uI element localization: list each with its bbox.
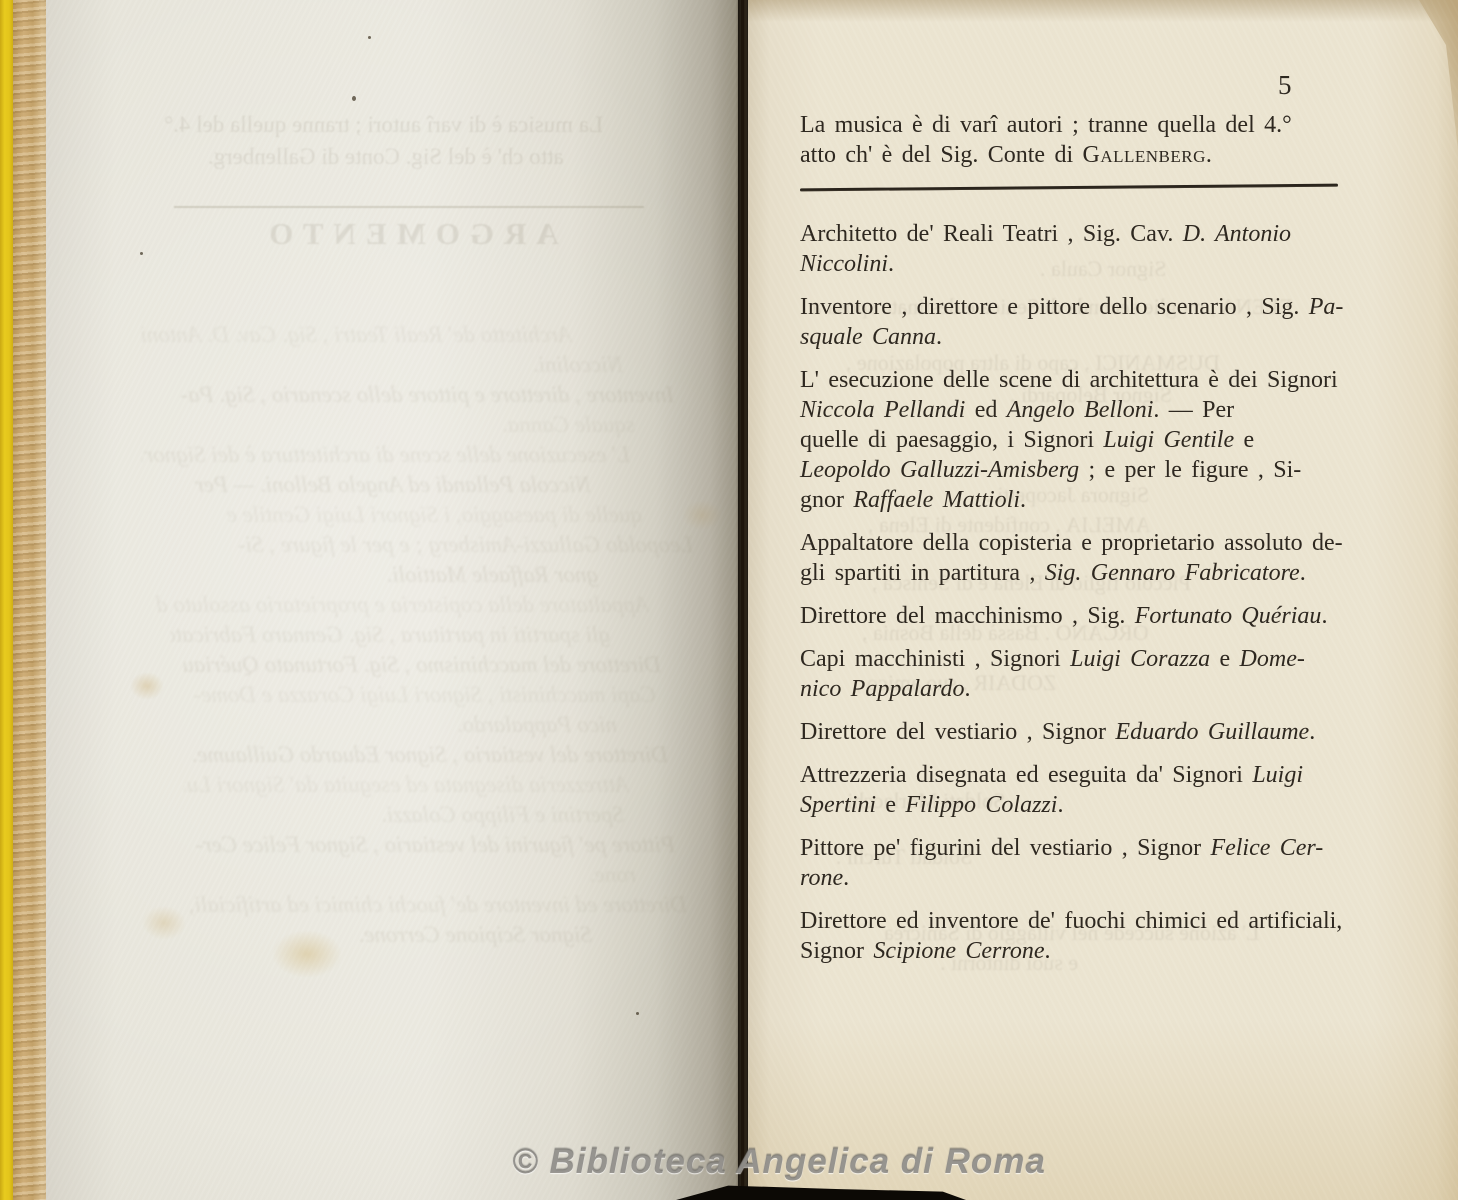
text-line: Leopoldo Galluzzi-Amisberg ; e per le fi…	[830, 455, 1360, 485]
text-segment: gnor	[800, 487, 853, 513]
text-segment: e	[1234, 427, 1254, 453]
text-segment: quelle di paesaggio, i Signori	[800, 427, 1103, 453]
text-line: Direttore del macchinismo , Sig. Fortuna…	[830, 601, 1360, 631]
paragraph: Direttore del macchinismo , Sig. Fortuna…	[800, 601, 1360, 631]
text-segment: La musica è di varî autori ; tranne quel…	[800, 112, 1292, 138]
text-segment: Gallenberg	[1082, 142, 1205, 168]
text-segment: Attrezzeria disegnata ed eseguita da' Si…	[800, 762, 1252, 788]
text-segment: atto ch' è del Sig. Conte di	[800, 142, 1082, 168]
text-segment: . — Per	[1153, 397, 1234, 423]
text-line: Attrezzeria disegnata ed eseguita da' Si…	[830, 760, 1360, 790]
text-segment: .	[1309, 719, 1315, 745]
page-text-column: La musica è di varî autori ; tranne quel…	[748, 0, 1396, 966]
paragraph: L' esecuzione delle scene di architettur…	[800, 365, 1360, 515]
text-segment: Sig. Gennaro Fabricatore	[1045, 560, 1300, 586]
text-segment: Dome-	[1240, 646, 1305, 672]
text-segment: .	[1321, 603, 1327, 629]
text-line: Spertini e Filippo Colazzi.	[830, 790, 1360, 820]
page-deckle-edge	[13, 0, 49, 1200]
text-segment: .	[964, 676, 970, 702]
paragraph: Direttore ed inventore de' fuochi chimic…	[800, 906, 1360, 966]
library-watermark: © Biblioteca Angelica di Roma	[512, 1142, 972, 1182]
text-segment: rone	[800, 865, 843, 891]
text-segment: Felice Cer-	[1210, 835, 1323, 861]
text-segment: Filippo Colazzi	[905, 792, 1057, 818]
text-segment: ed	[965, 397, 1006, 423]
text-line: Capi macchinisti , Signori Luigi Corazza…	[830, 644, 1360, 674]
paragraph: Appaltatore della copisteria e proprieta…	[800, 528, 1360, 588]
text-line: Niccola Pellandi ed Angelo Belloni. — Pe…	[830, 395, 1360, 425]
text-line: quelle di paesaggio, i Signori Luigi Gen…	[830, 425, 1360, 455]
text-segment: Direttore del macchinismo , Sig.	[800, 603, 1135, 629]
paragraph: La musica è di varî autori ; tranne quel…	[800, 110, 1360, 170]
paragraph: Attrezzeria disegnata ed eseguita da' Si…	[800, 760, 1360, 820]
text-segment: Luigi Corazza	[1070, 646, 1210, 672]
text-segment: Spertini	[800, 792, 876, 818]
text-segment: .	[936, 324, 942, 350]
text-line: gnor Raffaele Mattioli.	[830, 485, 1360, 515]
text-segment: e	[1210, 646, 1239, 672]
page-paragraphs: Architetto de' Reali Teatri , Sig. Cav. …	[800, 219, 1360, 966]
text-line: L' esecuzione delle scene di architettur…	[830, 365, 1360, 395]
ink-speck	[352, 96, 356, 101]
book-cover-edge	[0, 0, 13, 1200]
text-segment: Angelo Belloni	[1007, 397, 1154, 423]
text-line: gli spartiti in partitura , Sig. Gennaro…	[830, 558, 1360, 588]
text-line: squale Canna.	[830, 322, 1360, 352]
paragraph: Inventore , direttore e pittore dello sc…	[800, 292, 1360, 352]
text-line: atto ch' è del Sig. Conte di Gallenberg.	[830, 140, 1360, 170]
text-segment: Luigi Gentile	[1103, 427, 1234, 453]
text-segment: Pa-	[1309, 294, 1344, 320]
text-segment: Niccola Pellandi	[800, 397, 965, 423]
text-line: nico Pappalardo.	[830, 674, 1360, 704]
text-segment: D. Antonio	[1183, 221, 1291, 247]
text-segment: Direttore ed inventore de' fuochi chimic…	[800, 908, 1342, 934]
text-line: Architetto de' Reali Teatri , Sig. Cav. …	[830, 219, 1360, 249]
paragraph: Architetto de' Reali Teatri , Sig. Cav. …	[800, 219, 1360, 279]
open-book-scan: La musica è di varî autori ; tranne quel…	[0, 0, 1458, 1200]
text-line: Direttore del vestiario , Signor Eduardo…	[830, 717, 1360, 747]
text-segment: ; e per le figure , Si-	[1079, 457, 1301, 483]
text-segment: Direttore del vestiario , Signor	[800, 719, 1115, 745]
paragraph: Capi macchinisti , Signori Luigi Corazza…	[800, 644, 1360, 704]
text-line: Direttore ed inventore de' fuochi chimic…	[830, 906, 1360, 936]
text-line: Appaltatore della copisteria e proprieta…	[830, 528, 1360, 558]
text-line: Signor Scipione Cerrone.	[830, 936, 1360, 966]
text-segment: Raffaele Mattioli	[853, 487, 1020, 513]
left-page-paper-texture	[46, 0, 738, 1200]
right-page: Signor Caula .ELENA , moglie seconda di …	[748, 0, 1458, 1200]
text-segment: Niccolini	[800, 251, 888, 277]
text-segment: L' esecuzione delle scene di architettur…	[800, 367, 1338, 393]
text-line: Pittore pe' figurini del vestiario , Sig…	[830, 833, 1360, 863]
text-segment: gli spartiti in partitura ,	[800, 560, 1045, 586]
text-segment: Fortunato Quériau	[1135, 603, 1322, 629]
text-segment: Inventore , direttore e pittore dello sc…	[800, 294, 1309, 320]
text-segment: Signor	[800, 938, 873, 964]
text-segment: e	[876, 792, 905, 818]
text-segment: Scipione Cerrone	[873, 938, 1044, 964]
text-segment: Pittore pe' figurini del vestiario , Sig…	[800, 835, 1210, 861]
text-segment: Leopoldo Galluzzi-Amisberg	[800, 457, 1079, 483]
text-segment: Eduardo Guillaume	[1115, 719, 1309, 745]
ink-speck	[368, 36, 371, 39]
left-page: La musica è di varî autori ; tranne quel…	[46, 0, 738, 1200]
text-segment: Appaltatore della copisteria e proprieta…	[800, 530, 1343, 556]
ink-speck	[140, 252, 143, 255]
book-gutter-line	[741, 0, 744, 1200]
ink-speck	[636, 1012, 639, 1015]
intro-paragraph: La musica è di varî autori ; tranne quel…	[800, 110, 1360, 170]
text-line: Niccolini.	[830, 249, 1360, 279]
text-segment: .	[1300, 560, 1306, 586]
text-segment: .	[1044, 938, 1050, 964]
text-segment: Capi macchinisti , Signori	[800, 646, 1070, 672]
text-segment: Luigi	[1252, 762, 1303, 788]
text-segment: .	[843, 865, 849, 891]
paragraph: Direttore del vestiario , Signor Eduardo…	[800, 717, 1360, 747]
text-line: La musica è di varî autori ; tranne quel…	[830, 110, 1360, 140]
text-segment: .	[888, 251, 894, 277]
text-line: Inventore , direttore e pittore dello sc…	[830, 292, 1360, 322]
paragraph: Pittore pe' figurini del vestiario , Sig…	[800, 833, 1360, 893]
text-segment: .	[1206, 142, 1212, 168]
text-segment: squale Canna	[800, 324, 936, 350]
text-segment: .	[1057, 792, 1063, 818]
text-segment: .	[1020, 487, 1026, 513]
text-segment: Architetto de' Reali Teatri , Sig. Cav.	[800, 221, 1183, 247]
horizontal-rule	[800, 184, 1338, 192]
text-line: rone.	[830, 863, 1360, 893]
text-segment: nico Pappalardo	[800, 676, 964, 702]
